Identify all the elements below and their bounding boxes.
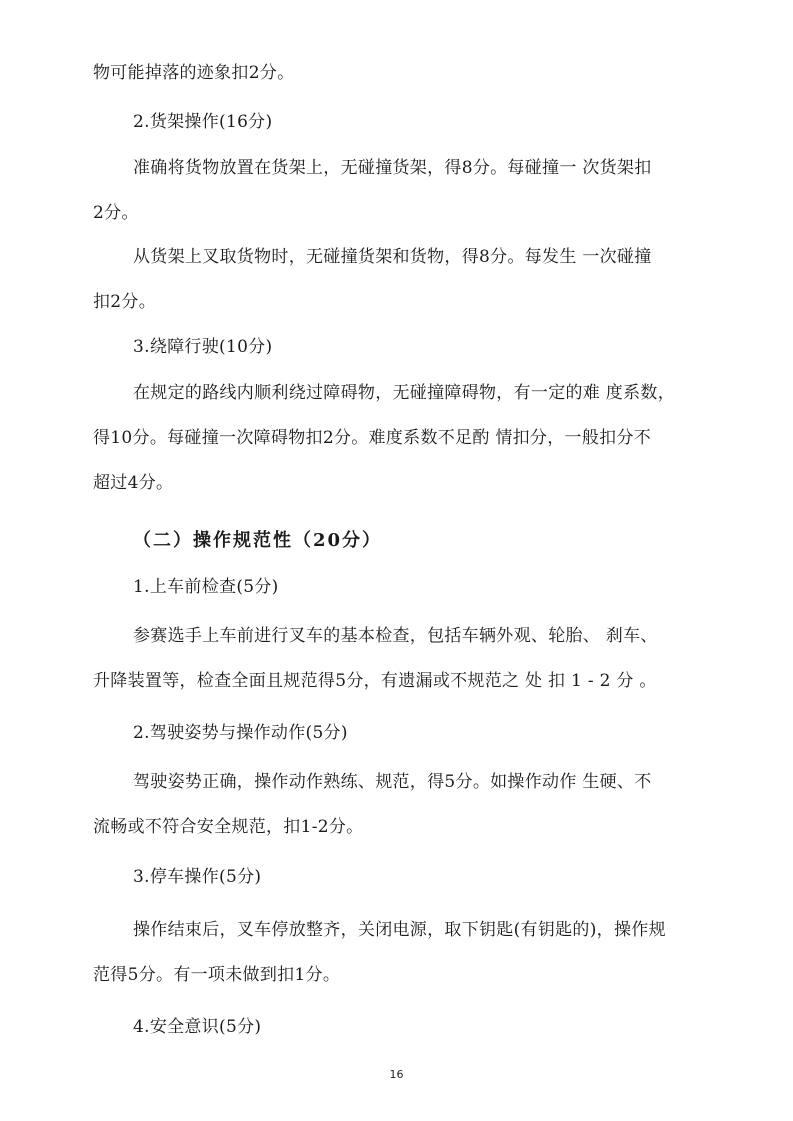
body-text-line: 物可能掉落的迹象扣2分。	[93, 62, 294, 84]
document-page: 物可能掉落的迹象扣2分。 2.货架操作(16分) 准确将货物放置在货架上，无碰撞…	[0, 0, 793, 1121]
body-text-line: 参赛选手上车前进行叉车的基本检查，包括车辆外观、轮胎、 刹车、	[133, 625, 658, 647]
body-text-line: 范得5分。有一项未做到扣1分。	[93, 964, 340, 986]
body-text-line: 驾驶姿势正确，操作动作熟练、规范，得5分。如操作动作 生硬、不	[133, 771, 652, 793]
item-heading: 2.驾驶姿势与操作动作(5分)	[133, 722, 348, 744]
item-heading: 3.绕障行驶(10分)	[133, 336, 272, 358]
body-text-line: 2分。	[93, 202, 139, 224]
item-heading: 3.停车操作(5分)	[133, 866, 261, 888]
body-text-line: 从货架上叉取货物时，无碰撞货架和货物，得8分。每发生 一次碰撞	[133, 246, 652, 268]
item-heading: 1.上车前检查(5分)	[133, 576, 279, 598]
item-heading: 2.货架操作(16分)	[133, 111, 272, 133]
body-text-line: 超过4分。	[93, 472, 173, 494]
body-text-line: 操作结束后，叉车停放整齐，关闭电源，取下钥匙(有钥匙的)，操作规	[133, 919, 666, 941]
body-text-line: 升降装置等，检查全面且规范得5分，有遗漏或不规范之 处 扣 1 - 2 分 。	[93, 670, 657, 692]
body-text-line: 扣2分。	[93, 291, 156, 313]
item-heading: 4.安全意识(5分)	[133, 1016, 261, 1038]
body-text-line: 准确将货物放置在货架上，无碰撞货架，得8分。每碰撞一 次货架扣	[133, 157, 652, 179]
page-number: 16	[0, 1068, 793, 1081]
body-text-line: 得10分。每碰撞一次障碍物扣2分。难度系数不足酌 情扣分，一般扣分不	[93, 427, 651, 449]
body-text-line: 流畅或不符合安全规范，扣1-2分。	[93, 816, 363, 838]
section-heading: （二）操作规范性（20分）	[133, 530, 382, 552]
body-text-line: 在规定的路线内顺利绕过障碍物，无碰撞障碍物，有一定的难 度系数，	[133, 382, 675, 404]
